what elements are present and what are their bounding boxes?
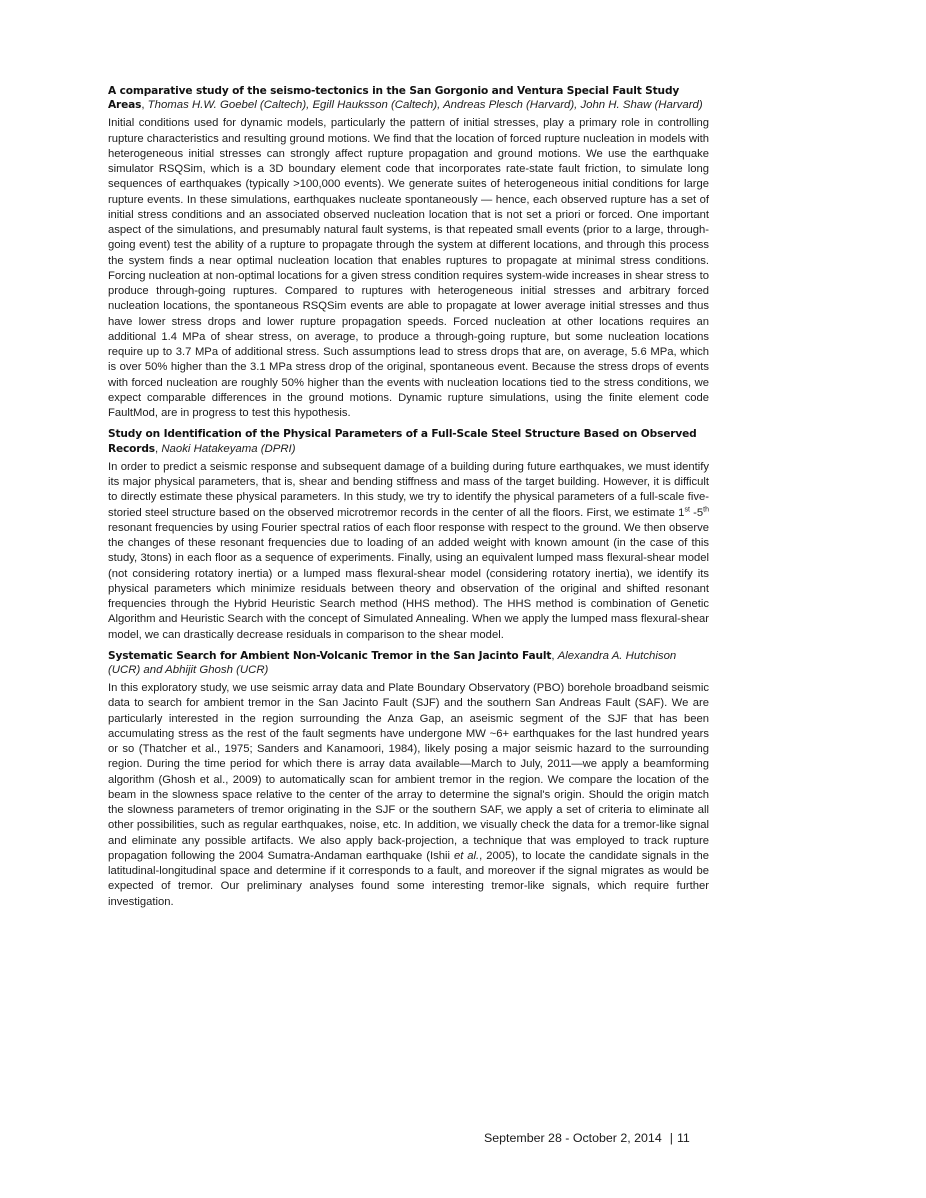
page-footer: September 28 - October 2, 2014|11	[484, 1131, 690, 1145]
footer-date-range: September 28 - October 2, 2014	[484, 1131, 662, 1145]
abstract-body: Initial conditions used for dynamic mode…	[108, 116, 709, 421]
body-text: In this exploratory study, we use seismi…	[108, 682, 709, 862]
abstract-body: In this exploratory study, we use seismi…	[108, 681, 709, 910]
abstract-body: In order to predict a seismic response a…	[108, 460, 709, 643]
abstract-tremor-search: Systematic Search for Ambient Non-Volcan…	[108, 649, 709, 910]
abstract-heading: Study on Identification of the Physical …	[108, 427, 709, 455]
page-number: 11	[677, 1131, 690, 1145]
citation-italic: et al.	[454, 850, 479, 862]
abstract-authors: Naoki Hatakeyama (DPRI)	[161, 443, 295, 455]
body-text: In order to predict a seismic response a…	[108, 461, 709, 519]
body-text: resonant frequencies by using Fourier sp…	[108, 522, 709, 641]
body-text: -5	[690, 507, 703, 519]
abstract-seismo-tectonics: A comparative study of the seismo-tecton…	[108, 84, 709, 421]
abstract-title: Systematic Search for Ambient Non-Volcan…	[108, 650, 551, 662]
page-content: A comparative study of the seismo-tecton…	[108, 84, 709, 916]
abstract-steel-structure: Study on Identification of the Physical …	[108, 427, 709, 642]
abstract-authors: Thomas H.W. Goebel (Caltech), Egill Hauk…	[148, 99, 703, 111]
abstract-heading: Systematic Search for Ambient Non-Volcan…	[108, 649, 709, 677]
ordinal-superscript: th	[703, 506, 709, 513]
footer-separator: |	[662, 1131, 677, 1145]
abstract-heading: A comparative study of the seismo-tecton…	[108, 84, 709, 112]
